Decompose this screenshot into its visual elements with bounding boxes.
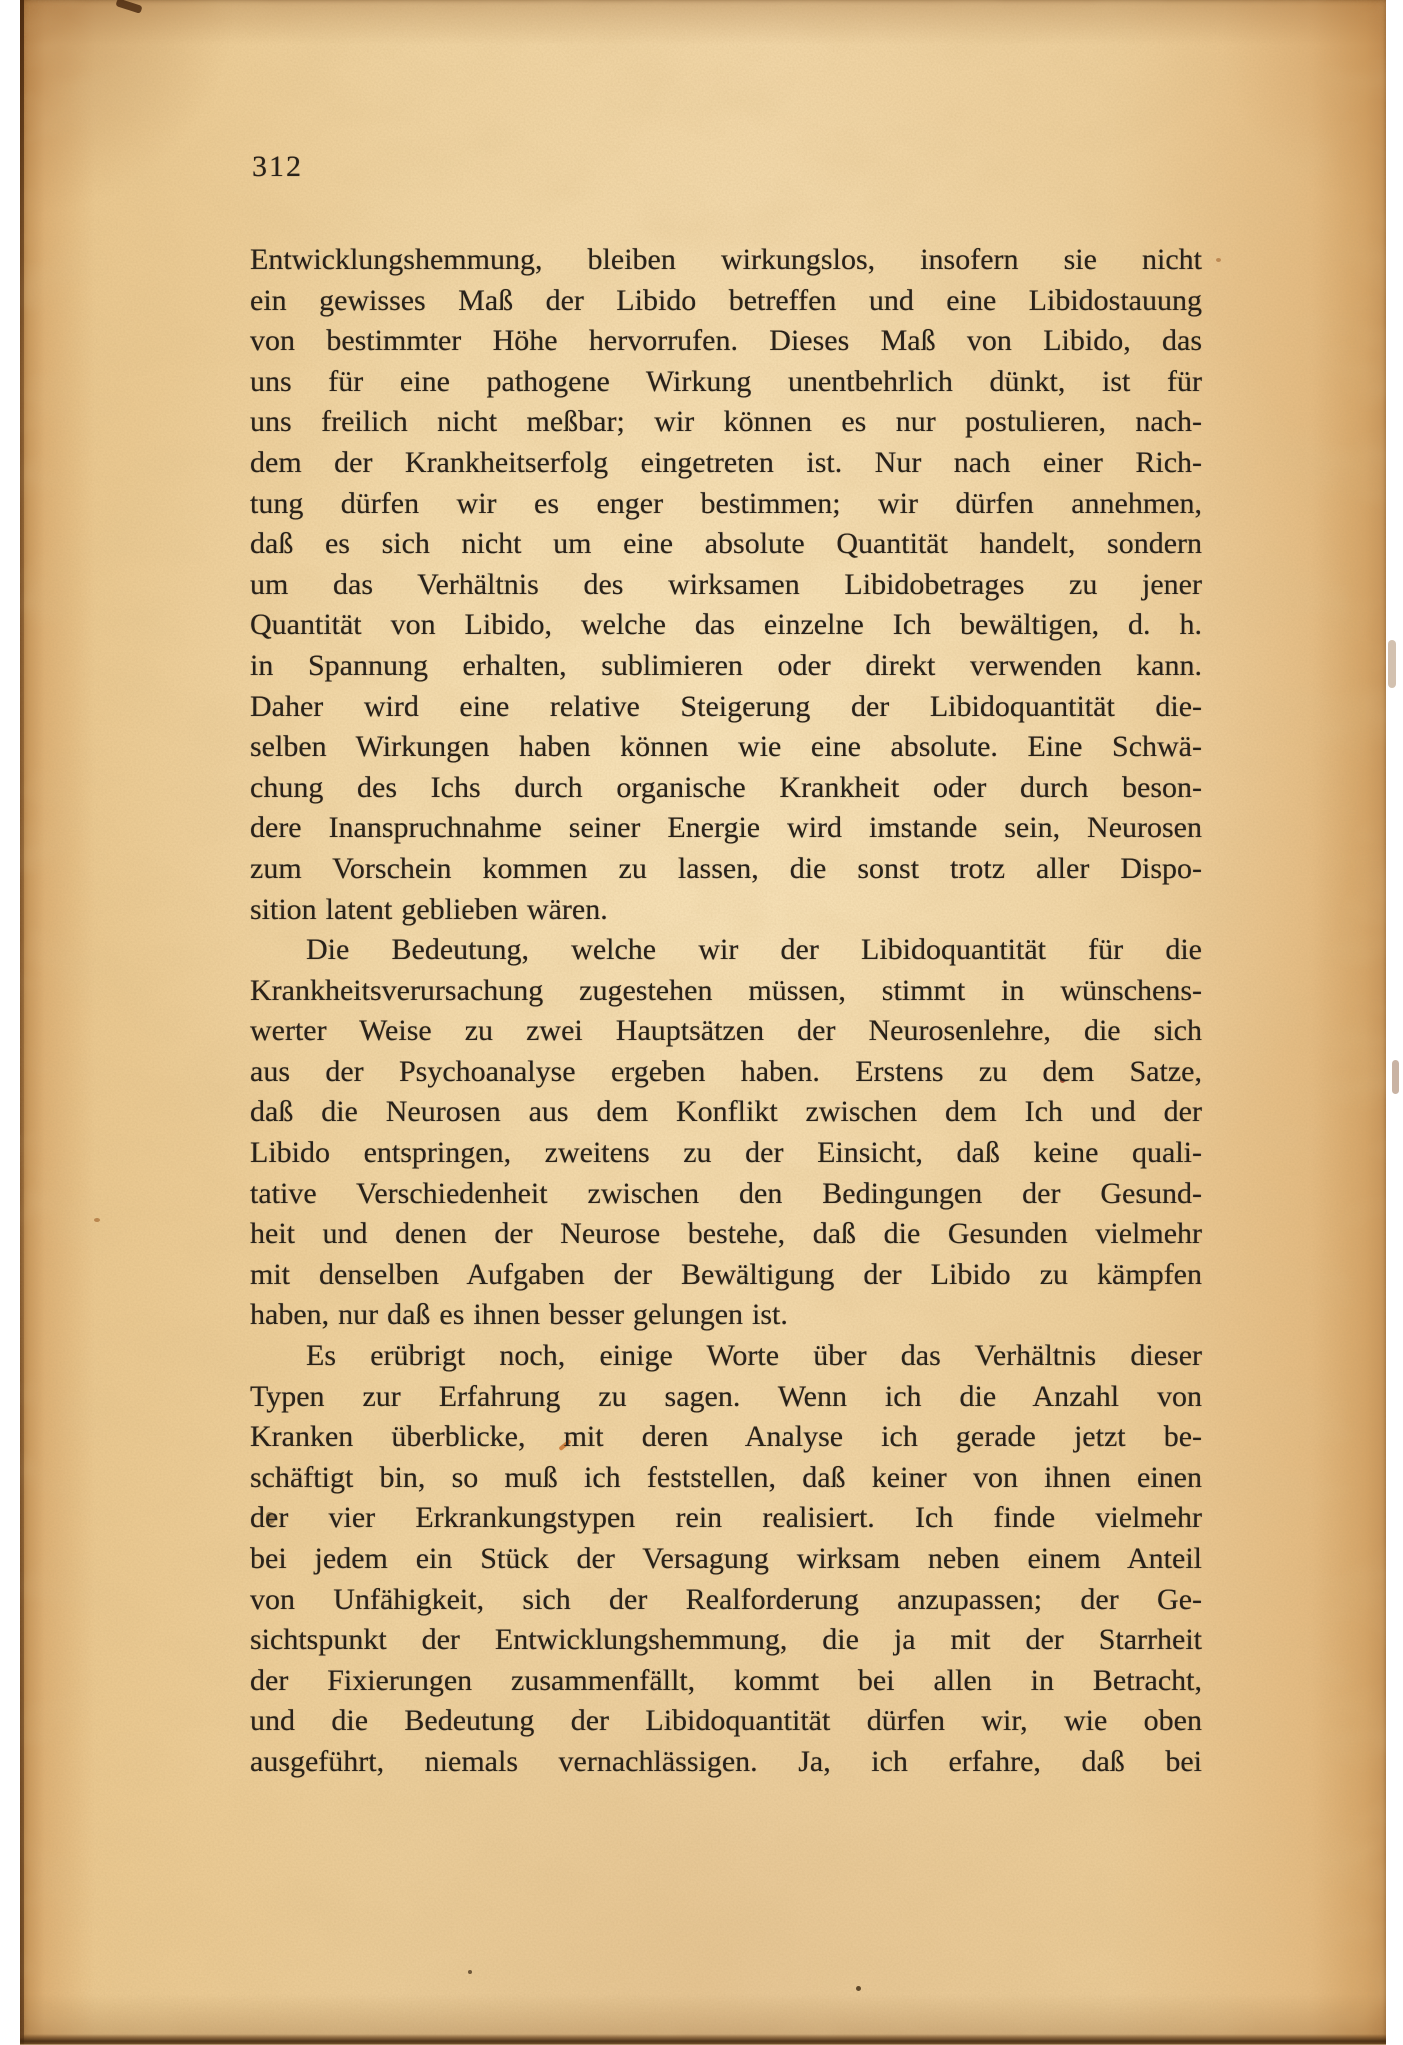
speck-blemish	[94, 1218, 100, 1222]
paragraph: Es erübrigt noch, einige Worte über das …	[250, 1336, 1202, 1783]
text-line: chung des Ichs durch organische Krankhei…	[250, 768, 1202, 809]
paragraph: Entwicklungshemmung, bleiben wirkungslos…	[250, 240, 1202, 930]
text-line: tung dürfen wir es enger bestimmen; wir …	[250, 484, 1202, 525]
text-line: sichtspunkt der Entwicklungshemmung, die…	[250, 1620, 1202, 1661]
page-number: 312	[252, 150, 303, 184]
text-line: schäftigt bin, so muß ich feststellen, d…	[250, 1458, 1202, 1499]
text-line: Libido entspringen, zweitens zu der Eins…	[250, 1133, 1202, 1174]
speck-blemish	[856, 1986, 861, 1991]
text-line: um das Verhältnis des wirksamen Libidobe…	[250, 565, 1202, 606]
text-line: uns freilich nicht meßbar; wir können es…	[250, 402, 1202, 443]
paper-sheet: 312 Entwicklungshemmung, bleiben wirkung…	[20, 0, 1386, 2045]
text-line: Typen zur Erfahrung zu sagen. Wenn ich d…	[250, 1377, 1202, 1418]
text-line: der vier Erkrankungstypen rein realisier…	[250, 1498, 1202, 1539]
text-line: Daher wird eine relative Steigerung der …	[250, 687, 1202, 728]
text-line: heit und denen der Neurose bestehe, daß …	[250, 1214, 1202, 1255]
scanned-book-page: 312 Entwicklungshemmung, bleiben wirkung…	[0, 0, 1403, 2045]
text-line: uns für eine pathogene Wirkung unentbehr…	[250, 362, 1202, 403]
top-edge-nick	[115, 0, 142, 14]
text-line: werter Weise zu zwei Hauptsätzen der Neu…	[250, 1011, 1202, 1052]
text-line: in Spannung erhalten, sublimieren oder d…	[250, 646, 1202, 687]
text-line: Kranken überblicke, mit deren Analyse ic…	[250, 1417, 1202, 1458]
body-text: Entwicklungshemmung, bleiben wirkungslos…	[250, 240, 1202, 1783]
page-bottom-edge	[20, 2034, 1386, 2045]
edge-stain	[1388, 640, 1396, 688]
text-line: Die Bedeutung, welche wir der Libidoquan…	[250, 930, 1202, 971]
text-line: selben Wirkungen haben können wie eine a…	[250, 727, 1202, 768]
speck-blemish	[468, 1970, 472, 1974]
speck-blemish	[1216, 258, 1221, 262]
text-line: ein gewisses Maß der Libido betreffen un…	[250, 281, 1202, 322]
text-line: zum Vorschein kommen zu lassen, die sons…	[250, 849, 1202, 890]
text-line: tative Verschiedenheit zwischen den Bedi…	[250, 1174, 1202, 1215]
text-line: mit denselben Aufgaben der Bewältigung d…	[250, 1255, 1202, 1296]
text-line: dem der Krankheitserfolg eingetreten ist…	[250, 443, 1202, 484]
page-left-edge-shadow	[20, 0, 24, 2045]
text-line: haben, nur daß es ihnen besser gelungen …	[250, 1295, 1202, 1336]
text-line: und die Bedeutung der Libidoquantität dü…	[250, 1701, 1202, 1742]
text-line: aus der Psychoanalyse ergeben haben. Ers…	[250, 1052, 1202, 1093]
text-line: dere Inanspruchnahme seiner Energie wird…	[250, 808, 1202, 849]
text-line: daß die Neurosen aus dem Konflikt zwisch…	[250, 1092, 1202, 1133]
text-line: Quantität von Libido, welche das einzeln…	[250, 605, 1202, 646]
text-line: Entwicklungshemmung, bleiben wirkungslos…	[250, 240, 1202, 281]
text-line: von Unfähigkeit, sich der Realforderung …	[250, 1580, 1202, 1621]
paragraph: Die Bedeutung, welche wir der Libidoquan…	[250, 930, 1202, 1336]
text-line: bei jedem ein Stück der Versagung wirksa…	[250, 1539, 1202, 1580]
text-line: sition latent geblieben wären.	[250, 890, 1202, 931]
text-line: Krankheitsverursachung zugestehen müssen…	[250, 971, 1202, 1012]
text-line: Es erübrigt noch, einige Worte über das …	[250, 1336, 1202, 1377]
text-line: daß es sich nicht um eine absolute Quant…	[250, 524, 1202, 565]
text-line: ausgeführt, niemals vernachlässigen. Ja,…	[250, 1742, 1202, 1783]
text-line: der Fixierungen zusammenfällt, kommt bei…	[250, 1661, 1202, 1702]
text-line: von bestimmter Höhe hervorrufen. Dieses …	[250, 321, 1202, 362]
edge-stain	[1392, 1060, 1399, 1094]
